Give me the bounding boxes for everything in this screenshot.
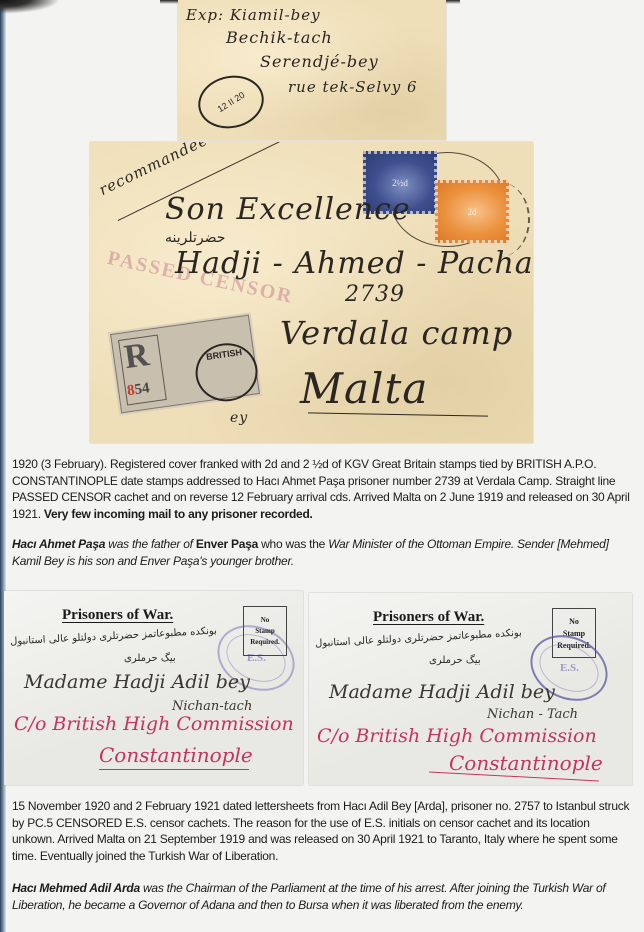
note-name: Hacı Mehmed Adil Arda bbox=[12, 881, 140, 895]
registered-cover-image: PASSED CENSOR recommandée 2½d 2d Son Exc… bbox=[90, 142, 533, 443]
lettersheet-1-image: Prisoners of War. E.S. No Stamp Required… bbox=[4, 591, 303, 785]
note-name-2: Enver Paşa bbox=[196, 537, 258, 551]
arabic-script-line-2: ﺑﯿﮓ ﺣﺮﻣﻠﺮﯼ bbox=[124, 653, 176, 664]
lettersheet-description: 15 November 1920 and 2 February 1921 dat… bbox=[12, 798, 632, 864]
arabic-script-line-2: ﺑﯿﮓ ﺣﺮﻣﻠﺮﯼ bbox=[429, 655, 481, 666]
address-line-2: Hadji - Ahmed - Pacha bbox=[175, 246, 533, 281]
page-corner-shadow bbox=[0, 0, 60, 14]
page-binding-shadow bbox=[0, 0, 6, 932]
address-underline bbox=[308, 412, 488, 416]
address-line-5: Malta bbox=[300, 364, 428, 413]
care-of-line: C/o British High Commission bbox=[14, 713, 294, 735]
lettersheet-historical-note: Hacı Mehmed Adil Arda was the Chairman o… bbox=[12, 880, 632, 913]
no-stamp-line-1: No bbox=[569, 617, 579, 626]
addressee: Madame Hadji Adil bey bbox=[329, 681, 555, 703]
pow-title: Prisoners of War. bbox=[62, 607, 173, 624]
no-stamp-line-1: No bbox=[261, 616, 270, 624]
cover-description: 1920 (3 February). Registered cover fran… bbox=[12, 456, 632, 522]
address-arabic: حضرتلرینه bbox=[165, 230, 225, 246]
registration-number: 854 bbox=[126, 380, 151, 400]
arrival-postmark-date: 12 II 20 bbox=[216, 90, 247, 114]
recommande-annotation: recommandée bbox=[96, 142, 211, 199]
sender-line-2: Bechik-tach bbox=[226, 28, 333, 47]
arrival-postmark: 12 II 20 bbox=[193, 70, 268, 135]
cover-reverse-image: Exp: Kiamil-bey Bechik-tach Serendjé-bey… bbox=[178, 0, 446, 140]
censor-initials: E.S. bbox=[560, 662, 579, 674]
sender-line-4: rue tek-Selvy 6 bbox=[288, 78, 418, 96]
pow-title: Prisoners of War. bbox=[373, 609, 484, 626]
note-text-1: was the father of bbox=[105, 537, 196, 551]
address-line-3: 2739 bbox=[345, 282, 405, 307]
cover-highlight: Very few incoming mail to any prisoner r… bbox=[44, 507, 313, 521]
stamp-value: 2d bbox=[468, 207, 477, 217]
city: Constantinople bbox=[99, 743, 253, 767]
arabic-script-line-1: ﺑﻮﻧﻜﺪﻩ ﻣﻄﺒﻮﻋﺎﺗﻤﺰ ﺣﻀﺮﺗﻠﺮﯼ ﺩﻭﻟﺘﻠﻮ ﻋﺎﻟﯽ ﺍﺳﺘ… bbox=[10, 626, 217, 648]
postmark-text: BRITISH bbox=[206, 347, 243, 362]
initials-annotation: ey bbox=[230, 410, 248, 426]
address-line-4: Verdala camp bbox=[280, 314, 513, 352]
registration-label: R 854 BRITISH bbox=[110, 315, 260, 414]
arabic-script-line-1: ﺑﻮﻧﻜﺪﻩ ﻣﻄﺒﻮﻋﺎﺗﻤﺰ ﺣﻀﺮﺗﻠﺮﯼ ﺩﻭﻟﺘﻠﻮ ﻋﺎﻟﯽ ﺍﺳﺘ… bbox=[315, 628, 522, 650]
addressee: Madame Hadji Adil bey bbox=[24, 671, 250, 693]
british-apo-postmark: BRITISH bbox=[192, 339, 261, 405]
lettersheet-2-image: Prisoners of War. No Stamp Required. E.S… bbox=[309, 593, 632, 785]
no-stamp-line-3: Required. bbox=[250, 638, 280, 646]
city-underline bbox=[99, 769, 249, 770]
stamp-value: 2½d bbox=[392, 178, 408, 188]
no-stamp-line-2: Stamp bbox=[255, 627, 274, 635]
registration-letter: R bbox=[122, 336, 152, 377]
city: Constantinople bbox=[449, 751, 603, 775]
sender-line-1: Exp: Kiamil-bey bbox=[186, 6, 321, 24]
district: Nichan - Tach bbox=[487, 707, 578, 722]
registration-number-digits: 54 bbox=[134, 380, 151, 398]
address-line-1: Son Excellence bbox=[165, 192, 411, 227]
cover-historical-note: Hacı Ahmet Paşa was the father of Enver … bbox=[12, 536, 632, 569]
note-text-2: who was the bbox=[261, 537, 325, 551]
district: Nichan-tach bbox=[172, 699, 252, 714]
sender-line-3: Serendjé-bey bbox=[260, 52, 379, 71]
care-of-line: C/o British High Commission bbox=[317, 725, 597, 747]
note-name-1: Hacı Ahmet Paşa bbox=[12, 537, 105, 551]
no-stamp-required-box: No Stamp Required. bbox=[243, 606, 287, 656]
kgv-stamp-orange: 2d bbox=[435, 180, 509, 243]
